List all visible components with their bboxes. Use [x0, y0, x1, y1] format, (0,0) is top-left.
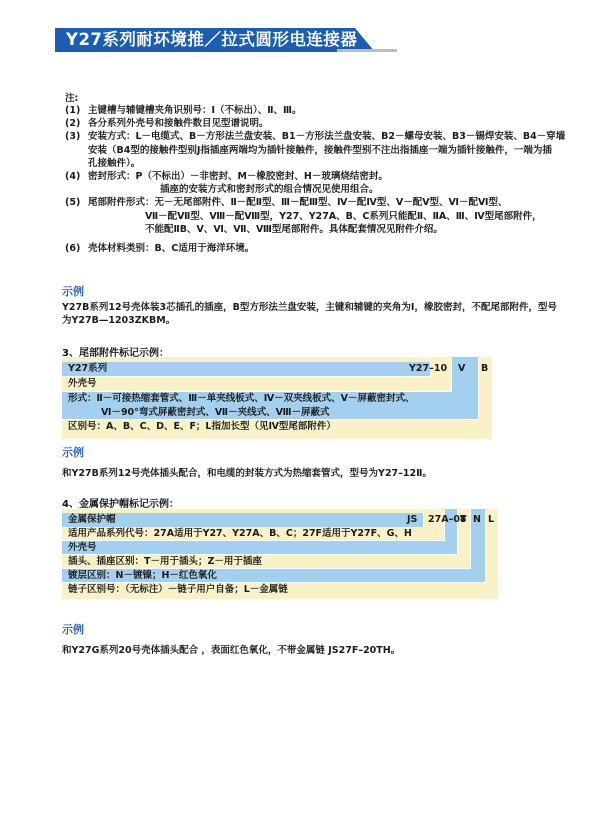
note-item-3: (3) 安装方式：L－电缆式、B－方形法兰盘安装、B1－方形法兰盘安装、B2－螺… — [65, 130, 605, 170]
note-line: Ⅶ－配Ⅶ型、Ⅷ－配Ⅷ型，Y27、Y27A、B、C系列只能配Ⅱ、ⅡA、Ⅲ、Ⅳ型尾部… — [88, 210, 605, 223]
page-title-banner: Y27系列耐环境推／拉式圆形电连接器 — [55, 28, 375, 52]
note-line: 主键槽与辅键槽夹角识别号：I（不标出）、Ⅱ、Ⅲ。 — [88, 104, 605, 117]
note-item-4: (4) 密封形式：P（不标出）－非密封、M－橡胶密封、H－玻璃烧结密封。 插座的… — [65, 170, 605, 196]
note-number: (4) — [65, 170, 80, 183]
code-segment-chain: L — [488, 513, 494, 527]
notes-label: 注: — [65, 90, 78, 104]
page-title: Y27系列耐环境推／拉式圆形电连接器 — [66, 30, 357, 49]
note-number: (2) — [65, 117, 80, 130]
notes-list: (1) 主键槽与辅键槽夹角识别号：I（不标出）、Ⅱ、Ⅲ。 (2) 各分系列外壳号… — [65, 104, 605, 255]
section4-heading: 4、金属保护帽标记示例： — [62, 495, 179, 510]
example2-text: 和Y27B系列12号壳体插头配合，和电缆的封装方式为热缩套管式，型号为Y27–1… — [62, 467, 607, 480]
metal-cap-decoder-table: 金属保护帽 适用产品系列代号：27A适用于Y27、Y27A、B、C；27F适用于… — [62, 509, 498, 599]
decoder-row-form-line2: Ⅵ－90°弯式屏蔽密封式、Ⅶ－夹线式、Ⅷ－屏蔽式 — [68, 406, 478, 420]
note-line: 安装方式：L－电缆式、B－方形法兰盘安装、B1－方形法兰盘安装、B2－螺母安装、… — [88, 130, 605, 143]
decoder-row-series: Y27系列 — [62, 362, 430, 376]
decoder-row-plug-socket: 插头、插座区别：T－用于插头；Z－用于插座 — [62, 555, 470, 568]
code-segment-distinction: B — [481, 362, 488, 376]
code-segment-plug-socket: T — [460, 513, 466, 527]
note-line: 各分系列外壳号和接触件数目见型谱说明。 — [88, 117, 605, 130]
decoder-row-plating: 镀层区别：N－镀镍；H－红色氧化 — [62, 569, 485, 582]
note-item-2: (2) 各分系列外壳号和接触件数目见型谱说明。 — [65, 117, 605, 130]
decoder-row-distinction: 区别号：A、B、C、D、E、F；L指加长型（见Ⅳ型尾部附件） — [62, 420, 492, 434]
example1-line: 为Y27B—1203ZKBM。 — [62, 314, 607, 327]
banner-underline — [337, 49, 397, 52]
example2-heading: 示例 — [62, 444, 84, 460]
tail-accessory-decoder-table: Y27系列 外壳号 形式：Ⅱ－可接热缩套管式、Ⅲ－单夹线板式、Ⅳ－双夹线板式、Ⅴ… — [62, 357, 492, 439]
decoder-row-shell: 外壳号 — [62, 541, 457, 554]
note-line: 不能配ⅡB、Ⅴ、Ⅵ、Ⅶ、Ⅷ型尾部附件。具体配套情况见附件介绍。 — [88, 223, 605, 236]
decoder-row-cap: 金属保护帽 — [62, 513, 423, 527]
code-segment-plating: N — [473, 513, 481, 527]
code-segment-js: JS — [407, 513, 417, 527]
example1-line: Y27B系列12号壳体装3芯插孔的插座，B型方形法兰盘安装，主键和辅键的夹角为I… — [62, 301, 607, 314]
decoder-row-form-line1: 形式：Ⅱ－可接热缩套管式、Ⅲ－单夹线板式、Ⅳ－双夹线板式、Ⅴ－屏蔽密封式、 — [68, 392, 478, 406]
note-number: (3) — [65, 130, 80, 143]
decoder-bottom-margin — [62, 434, 492, 439]
decoder-row-shell: 外壳号 — [62, 377, 451, 391]
code-segment-form: V — [458, 362, 465, 376]
note-line: 壳体材料类别：B、C适用于海洋环境。 — [88, 242, 605, 255]
example1-text: Y27B系列12号壳体装3芯插孔的插座，B型方形法兰盘安装，主键和辅键的夹角为I… — [62, 301, 607, 327]
note-number: (5) — [65, 196, 80, 209]
code-segment-series-shell: Y27–10 — [409, 362, 447, 376]
note-number: (6) — [65, 242, 80, 255]
note-line: 插座的安装方式和密封形式的组合情况见使用组合。 — [88, 183, 605, 196]
decoder-row-series-code: 适用产品系列代号：27A适用于Y27、Y27A、B、C；27F适用于Y27F、G… — [62, 527, 444, 540]
note-line: 尾部附件形式：无－无尾部附件、Ⅱ－配Ⅱ型、Ⅲ－配Ⅲ型、Ⅳ－配Ⅳ型、Ⅴ－配Ⅴ型、Ⅵ… — [88, 196, 605, 209]
note-line: 孔接触件）。 — [88, 157, 605, 170]
decoder-row-chain: 链子区别号：（无标注）－链子用户自备；L－金属链 — [62, 583, 498, 596]
note-number: (1) — [65, 104, 80, 117]
example3-text: 和Y27G系列20号壳体插头配合 ，表面红色氧化，不带金属链 JS27F–20T… — [62, 644, 607, 657]
decoder-bottom-margin — [62, 596, 498, 599]
example3-heading: 示例 — [62, 621, 84, 637]
note-item-1: (1) 主键槽与辅键槽夹角识别号：I（不标出）、Ⅱ、Ⅲ。 — [65, 104, 605, 117]
example1-heading: 示例 — [62, 283, 84, 299]
decoder-row-form: 形式：Ⅱ－可接热缩套管式、Ⅲ－单夹线板式、Ⅳ－双夹线板式、Ⅴ－屏蔽密封式、 Ⅵ－… — [62, 392, 478, 419]
note-item-6: (6) 壳体材料类别：B、C适用于海洋环境。 — [65, 242, 605, 255]
note-item-5: (5) 尾部附件形式：无－无尾部附件、Ⅱ－配Ⅱ型、Ⅲ－配Ⅲ型、Ⅳ－配Ⅳ型、Ⅴ－配… — [65, 196, 605, 236]
note-line: 安装（B4型的接触件型别J指插座两端均为插针接触件，接触件型别不注出指插座一端为… — [88, 144, 605, 157]
document-page: { "colors": { "banner_blue": "#1b5eb0", … — [0, 0, 613, 825]
note-line: 密封形式：P（不标出）－非密封、M－橡胶密封、H－玻璃烧结密封。 — [88, 170, 605, 183]
